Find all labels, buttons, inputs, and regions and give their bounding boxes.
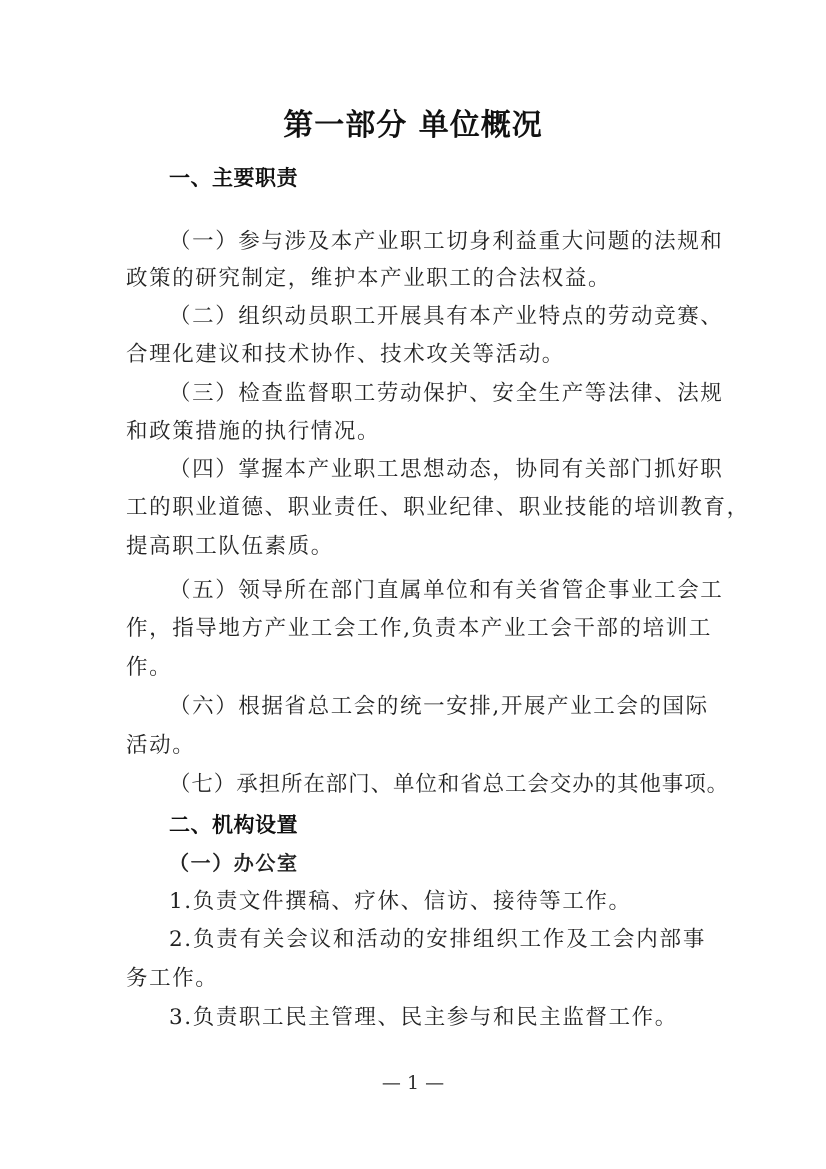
paragraph-line: 和政策措施的执行情况。 (126, 413, 706, 451)
paragraph-line: （五）领导所在部门直属单位和有关省管企事业工会工 (169, 572, 706, 610)
paragraph-line: （三）检查监督职工劳动保护、安全生产等法律、法规 (169, 375, 706, 413)
page-title: 第一部分 单位概况 (0, 100, 826, 144)
paragraph-line: 作，指导地方产业工会工作,负责本产业工会干部的培训工 (126, 610, 706, 648)
section-heading-main-duties: 一、主要职责 (169, 159, 749, 197)
paragraph-line: 合理化建议和技术协作、技术攻关等活动。 (126, 336, 706, 374)
paragraph-line: 作。 (126, 649, 706, 687)
paragraph-line: 政策的研究制定，维护本产业职工的合法权益。 (126, 260, 706, 298)
list-item: 2.负责有关会议和活动的安排组织工作及工会内部事 (169, 921, 706, 959)
document-page: 第一部分 单位概况 一、主要职责 （一）参与涉及本产业职工切身利益重大问题的法规… (0, 0, 826, 1169)
list-item: 务工作。 (126, 960, 706, 998)
paragraph-line: （二）组织动员职工开展具有本产业特点的劳动竞赛、 (169, 298, 706, 336)
list-item: 3.负责职工民主管理、民主参与和民主监督工作。 (169, 999, 749, 1037)
page-number: — 1 — (0, 1072, 826, 1094)
paragraph-line: （六）根据省总工会的统一安排,开展产业工会的国际 (169, 688, 706, 726)
paragraph-line: 活动。 (126, 727, 706, 765)
section-heading-organization: 二、机构设置 (169, 806, 749, 844)
paragraph-line: （七）承担所在部门、单位和省总工会交办的其他事项。 (169, 766, 749, 804)
paragraph-line: 工的职业道德、职业责任、职业纪律、职业技能的培训教育， (126, 489, 706, 527)
paragraph-line: （一）参与涉及本产业职工切身利益重大问题的法规和 (169, 223, 706, 261)
list-item: 1.负责文件撰稿、疗休、信访、接待等工作。 (169, 883, 749, 921)
paragraph-line: 提高职工队伍素质。 (126, 528, 706, 566)
subheading-office: （一）办公室 (169, 844, 749, 882)
paragraph-line: （四）掌握本产业职工思想动态，协同有关部门抓好职 (169, 451, 706, 489)
